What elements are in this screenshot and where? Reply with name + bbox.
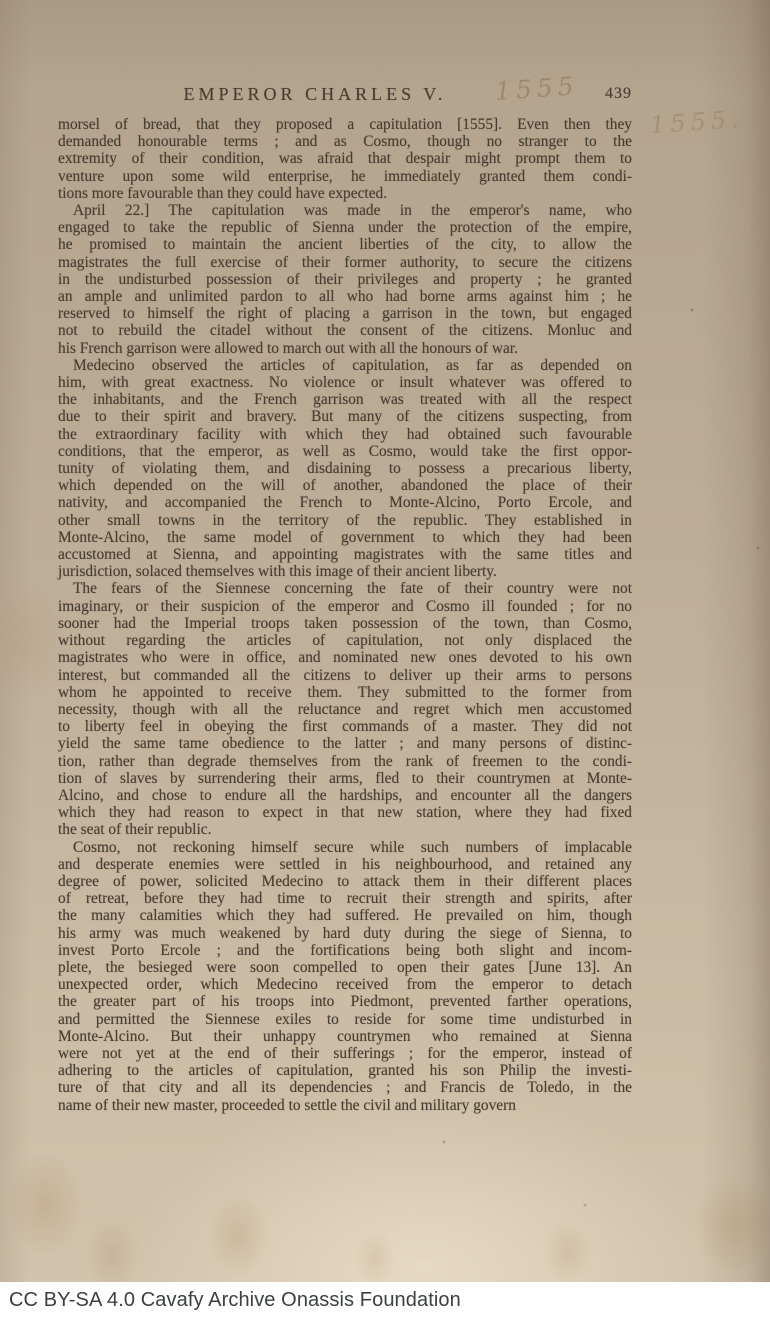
text-line: the inhabitants, and the French garrison… — [58, 391, 632, 408]
text-line: name of their new master, proceeded to s… — [58, 1097, 632, 1114]
text-line: Monte-Alcino, the same model of governme… — [58, 529, 632, 546]
text-line: other small towns in the territory of th… — [58, 512, 632, 529]
text-line: in the undisturbed possession of their p… — [58, 271, 632, 288]
text-line: Medecino observed the articles of capitu… — [58, 357, 632, 374]
text-line: reserved to himself the right of placing… — [58, 305, 632, 322]
text-line: the seat of their republic. — [58, 821, 632, 838]
text-line: his French garrison were allowed to marc… — [58, 340, 632, 357]
text-line: not to rebuild the citadel without the c… — [58, 322, 632, 339]
body-text: morsel of bread, that they proposed a ca… — [58, 116, 632, 1114]
text-line: degree of power, solicited Medecino to a… — [58, 873, 632, 890]
text-line: without regarding the articles of capitu… — [58, 632, 632, 649]
text-line: unexpected order, which Medecino receive… — [58, 976, 632, 993]
text-line: accustomed at Sienna, and appointing mag… — [58, 546, 632, 563]
paragraph: The fears of the Siennese concerning the… — [58, 580, 632, 838]
text-line: his army was much weakened by hard duty … — [58, 925, 632, 942]
text-line: he promised to maintain the ancient libe… — [58, 236, 632, 253]
text-line: Cosmo, not reckoning himself secure whil… — [58, 839, 632, 856]
text-line: whom he appointed to receive them. They … — [58, 684, 632, 701]
text-line: the extraordinary facility with which th… — [58, 426, 632, 443]
license-text: CC BY-SA 4.0 Cavafy Archive Onassis Foun… — [0, 1289, 461, 1312]
text-line: imaginary, or their suspicion of the emp… — [58, 598, 632, 615]
text-line: invest Porto Ercole ; and the fortificat… — [58, 942, 632, 959]
handwritten-year-annotation: 1555 — [494, 71, 579, 106]
text-line: an ample and unlimited pardon to all who… — [58, 288, 632, 305]
text-line: due to their spirit and bravery. But man… — [58, 408, 632, 425]
page-number: 439 — [605, 85, 632, 103]
text-line: adhering to the articles of capitulation… — [58, 1062, 632, 1079]
text-line: tion, rather than degrade themselves fro… — [58, 753, 632, 770]
text-line: tunity of violating them, and disdaining… — [58, 460, 632, 477]
paragraph: morsel of bread, that they proposed a ca… — [58, 116, 632, 202]
paragraph: Medecino observed the articles of capitu… — [58, 357, 632, 581]
text-line: and permitted the Siennese exiles to res… — [58, 1011, 632, 1028]
text-line: April 22.] The capitulation was made in … — [58, 202, 632, 219]
text-line: were not yet at the end of their sufferi… — [58, 1045, 632, 1062]
paragraph: Cosmo, not reckoning himself secure whil… — [58, 839, 632, 1114]
text-line: magistrates the full exercise of their f… — [58, 254, 632, 271]
text-line: the many calamities which they had suffe… — [58, 907, 632, 924]
text-line: Alcino, and chose to endure all the hard… — [58, 787, 632, 804]
text-line: conditions, that the emperor, as well as… — [58, 443, 632, 460]
text-line: sooner had the Imperial troops taken pos… — [58, 615, 632, 632]
text-line: extremity of their condition, was afraid… — [58, 150, 632, 167]
text-line: yield the same tame obedience to the lat… — [58, 735, 632, 752]
text-line: ture of that city and all its dependenci… — [58, 1079, 632, 1096]
text-line: tion of slaves by surrendering their arm… — [58, 770, 632, 787]
text-line: to liberty feel in obeying the first com… — [58, 718, 632, 735]
text-line: and desperate enemies were settled in hi… — [58, 856, 632, 873]
text-line: demanded honourable terms ; and as Cosmo… — [58, 133, 632, 150]
text-line: The fears of the Siennese concerning the… — [58, 580, 632, 597]
text-line: morsel of bread, that they proposed a ca… — [58, 116, 632, 133]
text-line: him, with great exactness. No violence o… — [58, 374, 632, 391]
text-line: interest, but commanded all the citizens… — [58, 667, 632, 684]
text-line: which they had reason to expect in that … — [58, 804, 632, 821]
text-line: jurisdiction, solaced themselves with th… — [58, 563, 632, 580]
text-line: of retreat, before they had time to recr… — [58, 890, 632, 907]
text-line: venture upon some wild enterprise, he im… — [58, 168, 632, 185]
text-line: magistrates who were in office, and nomi… — [58, 649, 632, 666]
license-caption-bar: CC BY-SA 4.0 Cavafy Archive Onassis Foun… — [0, 1282, 770, 1318]
page-paper: EMPEROR CHARLES V. 439 1555 1555. morsel… — [0, 0, 770, 1282]
text-line: which depended on the will of another, a… — [58, 477, 632, 494]
text-line: tions more favourable than they could ha… — [58, 185, 632, 202]
text-line: nativity, and accompanied the French to … — [58, 494, 632, 511]
text-line: plete, the besieged were soon compelled … — [58, 959, 632, 976]
text-line: engaged to take the republic of Sienna u… — [58, 219, 632, 236]
text-line: Monte-Alcino. But their unhappy countrym… — [58, 1028, 632, 1045]
scanned-book-page-screenshot: EMPEROR CHARLES V. 439 1555 1555. morsel… — [0, 0, 770, 1318]
text-line: necessity, though with all the reluctanc… — [58, 701, 632, 718]
text-line: the greater part of his troops into Pied… — [58, 993, 632, 1010]
paragraph: April 22.] The capitulation was made in … — [58, 202, 632, 357]
